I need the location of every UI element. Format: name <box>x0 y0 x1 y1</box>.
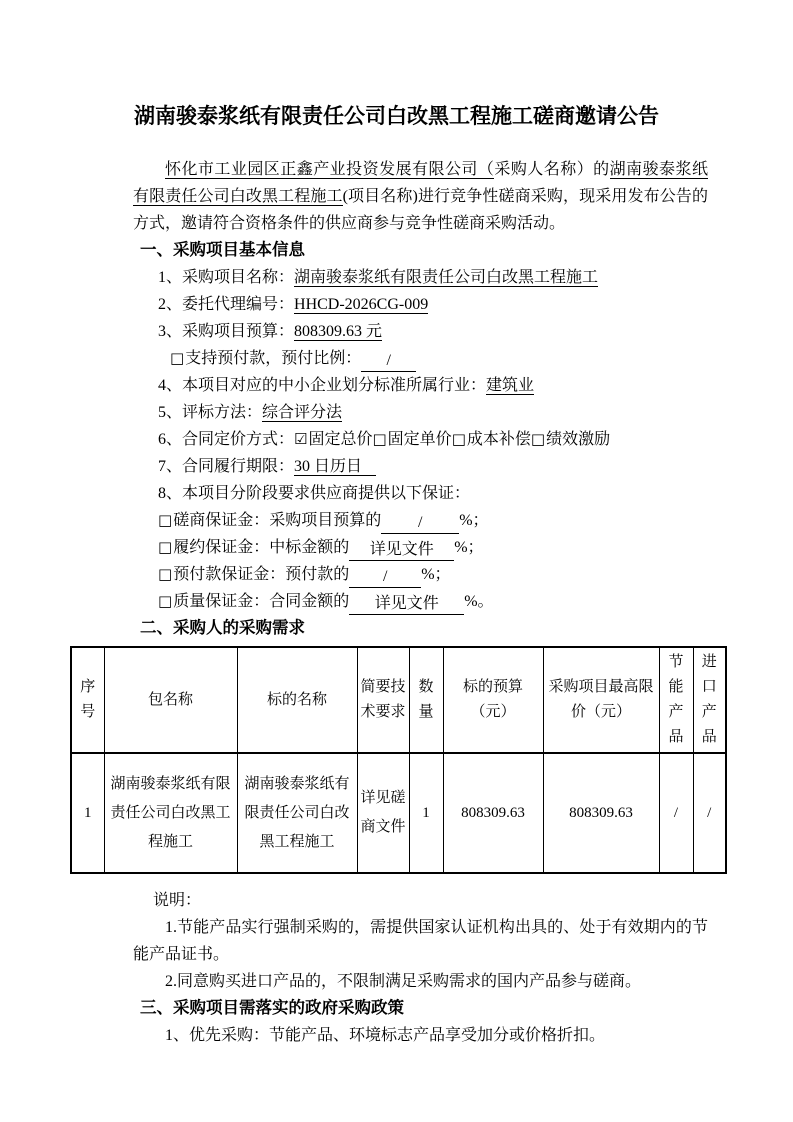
item-project-name: 1、采购项目名称：湖南骏泰浆纸有限责任公司白改黑工程施工 <box>133 264 708 291</box>
section3-heading: 三、采购项目需落实的政府采购政策 <box>133 995 708 1022</box>
guarantee-blank: 详见文件 <box>349 539 454 561</box>
item-value: HHCD-2026CG-009 <box>294 296 428 314</box>
section1-heading: 一、采购项目基本信息 <box>133 237 708 264</box>
th-energy-saving-product: 节能产品 <box>659 647 693 753</box>
option-label: 固定总价 <box>308 431 372 448</box>
cell-subject-name: 湖南骏泰浆纸有限责任公司白改黑工程施工 <box>237 753 357 873</box>
item-contract-term: 7、合同履行期限：30 日历日 <box>133 453 708 480</box>
document-page: 湖南骏泰浆纸有限责任公司白改黑工程施工磋商邀请公告 怀化市工业园区正鑫产业投资发… <box>0 0 793 1122</box>
th-seq-number: 序号 <box>71 647 104 753</box>
cell-imported-product: / <box>693 753 726 873</box>
th-max-price: 采购项目最高限价（元） <box>543 647 659 753</box>
cell-subject-budget: 808309.63 <box>443 753 543 873</box>
guarantee-blank: / <box>381 512 459 534</box>
guarantee-label: 磋商保证金：采购项目预算的 <box>173 512 381 529</box>
guarantee-label: 质量保证金：合同金额的 <box>173 593 349 610</box>
guarantee-label: 履约保证金：中标金额的 <box>173 539 349 556</box>
cell-max-price: 808309.63 <box>543 753 659 873</box>
th-package-name: 包名称 <box>104 647 237 753</box>
guarantee-line-prepayment: □预付款保证金：预付款的/%； <box>133 561 708 588</box>
notes-title: 说明： <box>133 887 708 914</box>
item-label: 3、采购项目预算： <box>158 323 294 340</box>
section2-heading: 二、采购人的采购需求 <box>133 615 708 642</box>
item-label: 2、委托代理编号： <box>158 296 294 313</box>
th-subject-name: 标的名称 <box>237 647 357 753</box>
item-prepayment-line: □支持预付款，预付比例：/ <box>133 345 708 372</box>
item-value: 建筑业 <box>486 377 534 395</box>
intro-text: 采购人名称）的 <box>494 161 609 178</box>
item-guarantee-intro: 8、本项目分阶段要求供应商提供以下保证： <box>133 480 708 507</box>
checkbox-unchecked-icon: □ <box>531 430 545 448</box>
item-budget: 3、采购项目预算：808309.63 元 <box>133 318 708 345</box>
guarantee-blank: / <box>349 566 421 588</box>
th-technical-requirements: 简要技术要求 <box>357 647 409 753</box>
item-label: 6、合同定价方式： <box>158 431 294 448</box>
guarantee-line-performance: □履约保证金：中标金额的详见文件%； <box>133 534 708 561</box>
option-label: 绩效激励 <box>546 431 610 448</box>
checkbox-unchecked-icon: □ <box>170 349 184 367</box>
item-value: 综合评分法 <box>262 404 342 422</box>
checkbox-unchecked-icon: □ <box>158 538 172 556</box>
cell-energy-saving-product: / <box>659 753 693 873</box>
th-quantity: 数量 <box>409 647 443 753</box>
note-energy-saving: 1.节能产品实行强制采购的，需提供国家认证机构出具的、处于有效期内的节能产品证书… <box>133 914 708 968</box>
item-label: 支持预付款，预付比例： <box>185 350 361 367</box>
item-industry: 4、本项目对应的中小企业划分标准所属行业：建筑业 <box>133 372 708 399</box>
item-agency-number: 2、委托代理编号：HHCD-2026CG-009 <box>133 291 708 318</box>
purchaser-name-underlined: 怀化市工业园区正鑫产业投资发展有限公司（ <box>165 161 494 179</box>
option-label: 固定单价 <box>388 431 452 448</box>
prepayment-ratio-blank: / <box>361 350 416 372</box>
page-title: 湖南骏泰浆纸有限责任公司白改黑工程施工磋商邀请公告 <box>0 103 793 129</box>
item-label: 5、评标方法： <box>158 404 262 421</box>
checkbox-unchecked-icon: □ <box>452 430 466 448</box>
cell-technical-requirements: 详见磋商文件 <box>357 753 409 873</box>
item-label: 1、采购项目名称： <box>158 269 294 286</box>
item-evaluation-method: 5、评标方法：综合评分法 <box>133 399 708 426</box>
option-label: 成本补偿 <box>467 431 531 448</box>
item-value: 湖南骏泰浆纸有限责任公司白改黑工程施工 <box>294 269 598 287</box>
policy-item-priority-procurement: 1、优先采购：节能产品、环境标志产品享受加分或价格折扣。 <box>133 1022 708 1049</box>
item-label: 4、本项目对应的中小企业划分标准所属行业： <box>158 377 486 394</box>
note-imported-products: 2.同意购买进口产品的，不限制满足采购需求的国内产品参与磋商。 <box>133 968 708 995</box>
guarantee-suffix: %； <box>459 512 488 529</box>
item-pricing-method: 6、合同定价方式：☑固定总价□固定单价□成本补偿□绩效激励 <box>133 426 708 453</box>
item-value: 30 日历日 <box>294 458 376 476</box>
procurement-needs-table: 序号 包名称 标的名称 简要技术要求 数量 标的预算（元） 采购项目最高限价（元… <box>70 646 727 874</box>
checkbox-checked-icon: ☑ <box>294 430 307 448</box>
item-label: 8、本项目分阶段要求供应商提供以下保证： <box>158 485 470 502</box>
guarantee-suffix: %； <box>454 539 483 556</box>
table-row: 1 湖南骏泰浆纸有限责任公司白改黑工程施工 湖南骏泰浆纸有限责任公司白改黑工程施… <box>71 753 726 873</box>
guarantee-blank: 详见文件 <box>349 593 464 615</box>
checkbox-unchecked-icon: □ <box>372 430 386 448</box>
checkbox-unchecked-icon: □ <box>158 511 172 529</box>
item-label: 7、合同履行期限： <box>158 458 294 475</box>
cell-seq-number: 1 <box>71 753 104 873</box>
guarantee-line-consultation: □磋商保证金：采购项目预算的/%； <box>133 507 708 534</box>
guarantee-suffix: %； <box>421 566 450 583</box>
intro-paragraph: 怀化市工业园区正鑫产业投资发展有限公司（采购人名称）的湖南骏泰浆纸有限责任公司白… <box>133 156 708 237</box>
table-header-row: 序号 包名称 标的名称 简要技术要求 数量 标的预算（元） 采购项目最高限价（元… <box>71 647 726 753</box>
guarantee-label: 预付款保证金：预付款的 <box>173 566 349 583</box>
guarantee-line-quality: □质量保证金：合同金额的详见文件%。 <box>133 588 708 615</box>
th-subject-budget: 标的预算（元） <box>443 647 543 753</box>
guarantee-suffix: %。 <box>464 593 493 610</box>
item-value: 808309.63 元 <box>294 323 382 341</box>
checkbox-unchecked-icon: □ <box>158 592 172 610</box>
checkbox-unchecked-icon: □ <box>158 565 172 583</box>
th-imported-product: 进口产品 <box>693 647 726 753</box>
cell-quantity: 1 <box>409 753 443 873</box>
cell-package-name: 湖南骏泰浆纸有限责任公司白改黑工程施工 <box>104 753 237 873</box>
